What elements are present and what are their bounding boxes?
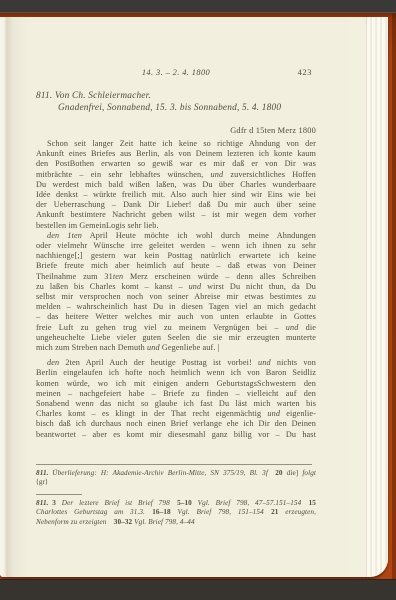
text-segment: und [258, 358, 271, 367]
text-segment: bisch daß ich durchaus noch einen Brief … [36, 419, 316, 428]
text-segment: Du werdest mich bald wißen laßen, was Du… [36, 180, 316, 189]
text-line: Ankunft bestimtere Nachricht geben wilst… [36, 210, 316, 220]
text-segment: 811. [36, 469, 49, 477]
text-line: 811. Überlieferung: H: Akademie-Archiv B… [36, 469, 316, 479]
text-line: selbst mir versprochen noch von seiner A… [36, 292, 316, 302]
text-line: 10bestellen im GemeinLogis sehr lieb. [36, 221, 316, 231]
text-segment: und [286, 323, 299, 332]
text-line: 15Theilnahme zum 31ten Merz erscheinen w… [36, 272, 316, 282]
text-line: Charlottes Geburtstag am 31.3. 16–18 Vgl… [36, 508, 316, 518]
text-segment: erzeugten, [285, 508, 316, 516]
text-line: Ankunft eines Briefes aus Berlin, als vo… [36, 149, 316, 159]
text-line: den PostBothen erwarten so gewiß war es … [36, 159, 316, 169]
text-line: bisch daß ich durchaus noch einen Brief … [36, 419, 316, 429]
text-segment: April Heute möchte ich wohl durch meine … [82, 231, 316, 240]
text-segment: ten [113, 272, 123, 281]
text-segment [264, 508, 271, 516]
text-segment: den 1ten [47, 231, 82, 240]
text-line: Briefe freute mich aber heimlich auf heu… [36, 261, 316, 271]
book-page: 14. 3. – 2. 4. 1800 423 811. Von Ch. Sch… [0, 17, 388, 577]
text-segment: zuversichtliches Hoffen [223, 170, 316, 179]
text-segment: Sonabend wen [36, 399, 90, 408]
text-segment: Der leztere Brief ist Brief 798 [62, 499, 170, 507]
text-segment: 5–10 [177, 499, 192, 507]
apparatus-divider [36, 464, 312, 465]
text-segment: nachhienge[;] gestern war kein Posttag n… [36, 251, 316, 260]
text-segment: den PostBothen erwarten so gewiß war es … [36, 159, 316, 168]
text-segment: beantwortet – aber es komt mir diesesmah… [36, 430, 316, 439]
text-line: 5mitbrächte – ein sehr lebhaftes wünsche… [36, 170, 316, 180]
text-segment: 15 [309, 499, 316, 507]
text-segment: Gegenliebe auf. | [160, 343, 220, 352]
text-line: Idée denkst – würkte freilich mit. Also … [36, 190, 316, 200]
text-line: Schon seit langer Zeit hatte ich keine s… [36, 139, 316, 149]
running-head-row: 14. 3. – 2. 4. 1800 423 [36, 67, 316, 78]
text-line: der Ueberraschung – Dank Dir Lieber! daß… [36, 200, 316, 210]
text-line: den 1ten April Heute möchte ich wohl dur… [36, 231, 316, 241]
text-segment [170, 499, 177, 507]
letter-heading: 811. Von Ch. Schleiermacher. Gnadenfrei,… [36, 91, 316, 114]
text-line: Charles komt – es klingt in der That rec… [36, 409, 316, 419]
text-segment: Briefe freute mich aber heimlich auf heu… [36, 261, 316, 270]
text-segment: Theilnahme zum 31 [36, 272, 113, 281]
photo-bottom-band [0, 579, 396, 600]
apparatus-divider-short [36, 494, 82, 495]
text-segment: Vgl. Brief 798, 151–154 [178, 508, 264, 516]
text-segment: Charles komt – es klingt in der That rec… [36, 409, 267, 418]
text-segment [171, 508, 178, 516]
page-gutter-shading [0, 17, 28, 577]
text-segment: 811. [36, 499, 49, 507]
letter-heading-line1: 811. Von Ch. Schleiermacher. [36, 91, 316, 103]
page-fore-edge [366, 17, 388, 577]
text-segment: und [211, 170, 224, 179]
text-segment: und [267, 409, 280, 418]
text-line: 25komen würde, wo ich mit einigen andern… [36, 379, 316, 389]
text-segment: die] [283, 469, 303, 477]
text-segment: folgt [302, 469, 316, 477]
text-line: nachhienge[;] gestern war kein Posttag n… [36, 251, 316, 261]
letter-body: Schon seit langer Zeit hatte ich keine s… [36, 139, 316, 440]
text-segment: Vgl. Brief 798, 47–57.151–154 [198, 499, 302, 507]
photo-top-band [0, 0, 396, 13]
text-segment: ungeheuchelte Liebe vieler guten Seelen … [36, 333, 316, 342]
text-segment: Berlin eingelaufen ich hofte noch heimli… [36, 368, 221, 377]
text-line: Du werdest mich bald wißen laßen, was Du… [36, 180, 316, 190]
text-segment: mich zum Streben nach Demuth [36, 343, 147, 352]
text-segment: komen würde, wo ich mit einigen andern G… [36, 379, 316, 388]
text-segment: meinen – nachgefeiert habe – Briefe zu f… [36, 389, 316, 398]
text-line: 811. 3 Der leztere Brief ist Brief 798 5… [36, 499, 316, 509]
text-segment: Ankunft eines Briefes aus Berlin, als vo… [36, 149, 316, 158]
text-segment: 2ten April Auch der heutige Posttag ist … [59, 358, 258, 367]
text-segment: Nebenform zu erzeigten [36, 518, 106, 526]
text-line: – das heitere Wetter welches mir auch vo… [36, 312, 316, 322]
text-line: Sonabend wenn das nicht so glaube ich fa… [36, 399, 316, 409]
text-segment: 30–32 [114, 518, 132, 526]
text-segment: ⟨gr⟩ [36, 478, 48, 486]
text-segment: der Ueberraschung – Dank Dir Lieber! daß… [36, 200, 316, 209]
text-segment: ich von Baron Seidliz [225, 368, 316, 377]
text-line: 20freie Luft zu gehen trug viel zu meine… [36, 323, 316, 333]
text-line: oder vielmehr Wünsche irre geleitet werd… [36, 241, 316, 251]
text-line: ungeheuchelte Liebe vieler guten Seelen … [36, 333, 316, 343]
text-segment: Merz erscheinen würde – denn alles Schre… [123, 272, 316, 281]
letter-dateline: Gdfr d 15ten Merz 1800 [36, 126, 316, 136]
text-segment: Überlieferung: H: Akademie-Archiv Berlin… [52, 469, 268, 477]
text-line: zu laßen bis Charles komt – kanst – und … [36, 282, 316, 292]
letter-sender: Von Ch. Schleiermacher. [55, 91, 151, 101]
text-segment [301, 499, 308, 507]
letter-number: 811. [36, 91, 52, 101]
text-segment: mitbrächte – ein sehr lebhaftes wünschen… [36, 170, 211, 179]
text-segment: zu laßen bis Charles komt – kanst – [36, 282, 189, 291]
text-line: Nebenform zu erzeigten 30–32 Vgl. Brief … [36, 518, 316, 528]
text-line: Berlin eingelaufen ich hofte noch heimli… [36, 368, 316, 378]
page-content: 14. 3. – 2. 4. 1800 423 811. Von Ch. Sch… [36, 17, 316, 527]
text-segment: Schon seit langer Zeit hatte ich keine s… [47, 139, 316, 148]
text-segment: 16–18 [152, 508, 170, 516]
text-segment: nichts von [271, 358, 316, 367]
text-segment: den [47, 358, 59, 367]
text-line: den 2ten April Auch der heutige Posttag … [36, 358, 316, 368]
running-head: 14. 3. – 2. 4. 1800 [36, 67, 316, 78]
text-segment: das nicht so glaube ich fast Du läst mic… [94, 399, 316, 408]
text-segment: bestellen im GemeinLogis sehr lieb. [36, 221, 159, 230]
text-segment: Charlottes Geburtstag am 31.3. [36, 508, 145, 516]
text-line: meinen – nachgefeiert habe – Briefe zu f… [36, 389, 316, 399]
text-segment: eigenlie- [280, 409, 316, 418]
text-segment [106, 518, 113, 526]
text-segment: oder vielmehr Wünsche irre geleitet werd… [36, 241, 316, 250]
text-segment: melden – wahrscheinlich hast Du in diese… [36, 302, 316, 311]
text-segment: Vgl. Brief 798, 4–44 [134, 518, 195, 526]
text-segment: und [189, 282, 202, 291]
book-cover-edge-shadow [392, 12, 396, 586]
text-line: 30beantwortet – aber es komt mir diesesm… [36, 430, 316, 440]
text-segment: die [298, 323, 316, 332]
text-segment: selbst mir versprochen noch von seiner A… [36, 292, 316, 301]
text-segment: wirst Du nicht thun, da Du [201, 282, 316, 291]
apparatus-transmission: 811. Überlieferung: H: Akademie-Archiv B… [36, 469, 316, 488]
text-segment: 20 [275, 469, 282, 477]
book-photo: 14. 3. – 2. 4. 1800 423 811. Von Ch. Sch… [0, 0, 396, 600]
text-segment: und [147, 343, 160, 352]
page-number: 423 [298, 67, 312, 78]
text-segment: – das heitere Wetter welches mir auch vo… [36, 312, 316, 321]
text-line: melden – wahrscheinlich hast Du in diese… [36, 302, 316, 312]
apparatus-commentary: 811. 3 Der leztere Brief ist Brief 798 5… [36, 499, 316, 528]
text-segment: Ankunft bestimtere Nachricht geben wilst… [36, 210, 316, 219]
letter-heading-line2: Gnadenfrei, Sonnabend, 15. 3. bis Sonnab… [58, 103, 316, 115]
text-line: mich zum Streben nach Demuth und Gegenli… [36, 343, 316, 353]
text-segment: freie Luft zu gehen trug viel zu meinem … [36, 323, 286, 332]
text-line: ⟨gr⟩ [36, 478, 316, 488]
text-segment: Idée denkst – würkte freilich mit. Also … [36, 190, 316, 199]
